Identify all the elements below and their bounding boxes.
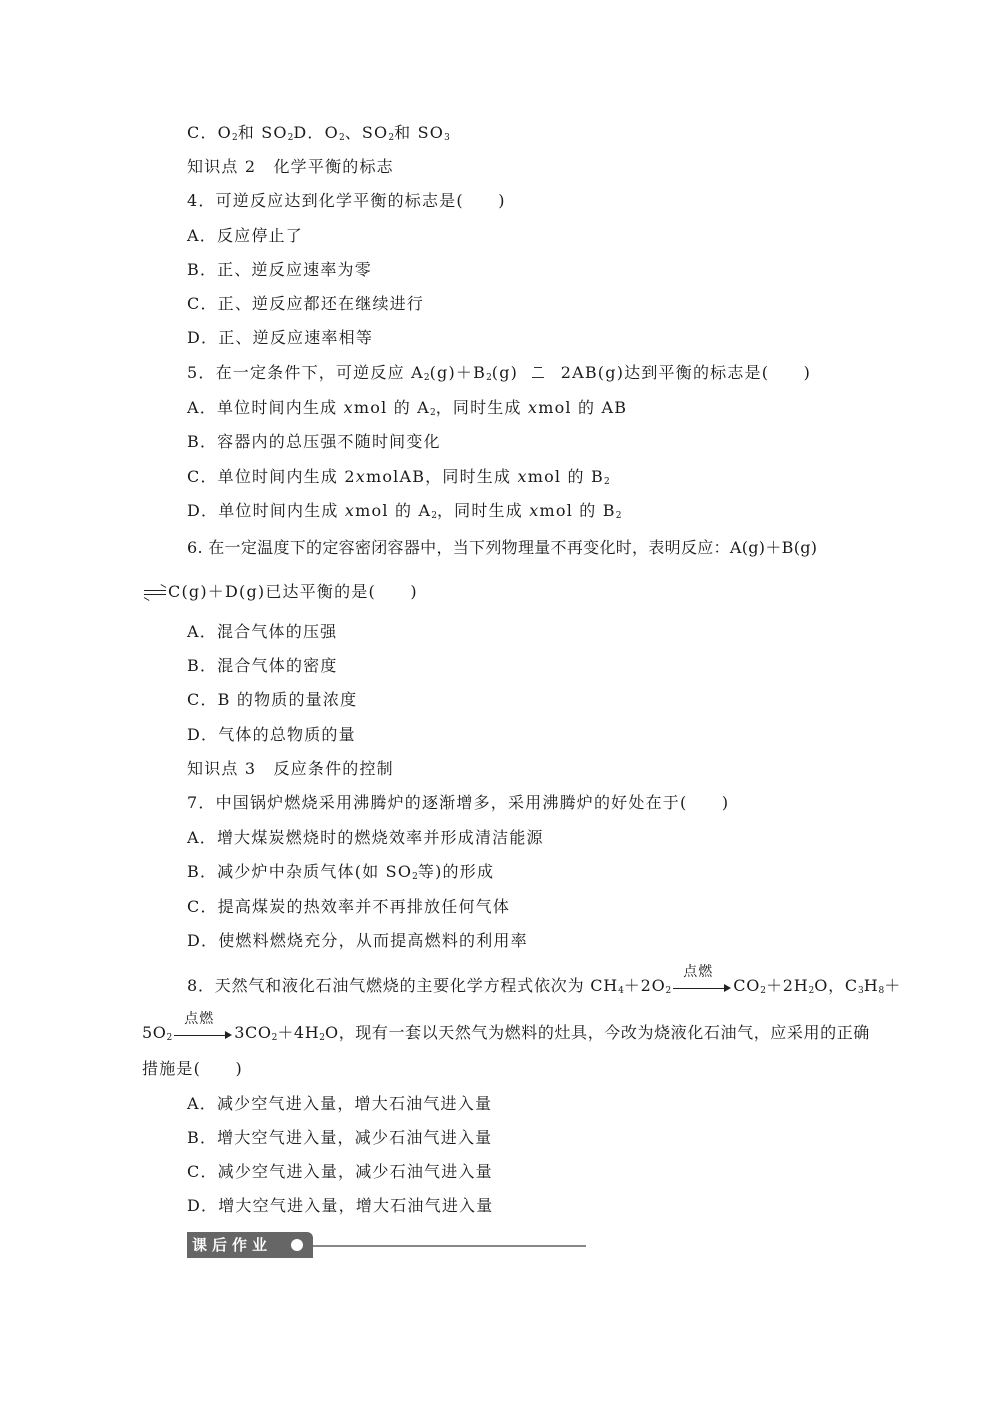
q4-stem: 4．可逆反应达到化学平衡的标志是( ): [187, 191, 506, 211]
section-heading-3: 知识点 3 反应条件的控制: [187, 759, 394, 779]
banner-divider-line: [313, 1245, 586, 1247]
q8-option-a: A．减少空气进入量，增大石油气进入量: [187, 1094, 492, 1114]
q5-option-d: D．单位时间内生成 xmol 的 A2，同时生成 xmol 的 B2: [187, 501, 621, 526]
q6-stem-line2: C(g)＋D(g)已达平衡的是( ): [142, 582, 418, 602]
q5-option-b: B．容器内的总压强不随时间变化: [187, 432, 441, 452]
q4-option-a: A．反应停止了: [187, 226, 303, 246]
q4-option-c: C．正、逆反应都还在继续进行: [187, 294, 424, 314]
q4-option-d: D．正、逆反应速率相等: [187, 328, 373, 348]
q3-options-cd: C．O2和 SO2D．O2、SO2和 SO3: [187, 123, 450, 148]
q7-option-a: A．增大煤炭燃烧时的燃烧效率并形成清洁能源: [187, 828, 544, 848]
homework-section-banner: 课后作业: [187, 1232, 313, 1258]
reversible-arrow-icon: [142, 582, 168, 602]
q6-option-a: A．混合气体的压强: [187, 622, 337, 642]
section-heading-2: 知识点 2 化学平衡的标志: [187, 157, 394, 177]
q8-option-b: B．增大空气进入量，减少石油气进入量: [187, 1128, 492, 1148]
q6-option-b: B．混合气体的密度: [187, 656, 338, 676]
q7-option-b: B．减少炉中杂质气体(如 SO2等)的形成: [187, 862, 494, 887]
homework-banner-label: 课后作业: [192, 1236, 272, 1254]
q5-option-a: A．单位时间内生成 xmol 的 A2，同时生成 xmol 的 AB: [187, 398, 627, 423]
q8-stem-line3: 措施是( ): [142, 1059, 243, 1079]
reaction-arrow-icon: 点燃: [673, 976, 731, 996]
q5-stem: 5．在一定条件下，可逆反应 A2(g)＋B2(g) 2AB(g)达到平衡的标志是…: [187, 363, 811, 388]
q8-option-c: C．减少空气进入量，减少石油气进入量: [187, 1162, 493, 1182]
q8-option-d: D．增大空气进入量，增大石油气进入量: [187, 1196, 493, 1216]
q4-option-b: B．正、逆反应速率为零: [187, 260, 372, 280]
q7-option-c: C．提高煤炭的热效率并不再排放任何气体: [187, 897, 510, 917]
reaction-arrow-icon: 点燃: [174, 1023, 232, 1043]
q7-option-d: D．使燃料燃烧充分，从而提高燃料的利用率: [187, 931, 528, 951]
q5-option-c: C．单位时间内生成 2xmolAB，同时生成 xmol 的 B2: [187, 467, 610, 492]
q6-stem-line1: 6. 在一定温度下的定容密闭容器中，当下列物理量不再变化时，表明反应：A(g)＋…: [187, 538, 817, 558]
q8-stem-line2: 5O2点燃3CO2＋4H2O，现有一套以天然气为燃料的灶具，今改为烧液化石油气，…: [142, 1023, 870, 1048]
circle-bullet-icon: [291, 1239, 303, 1251]
q7-stem: 7．中国锅炉燃烧采用沸腾炉的逐渐增多，采用沸腾炉的好处在于( ): [187, 793, 729, 813]
q6-option-d: D．气体的总物质的量: [187, 725, 356, 745]
q6-option-c: C．B 的物质的量浓度: [187, 690, 357, 710]
q8-stem-line1: 8．天然气和液化石油气燃烧的主要化学方程式依次为 CH4＋2O2点燃CO2＋2H…: [187, 976, 901, 1001]
equilibrium-sign-icon: [524, 363, 554, 383]
